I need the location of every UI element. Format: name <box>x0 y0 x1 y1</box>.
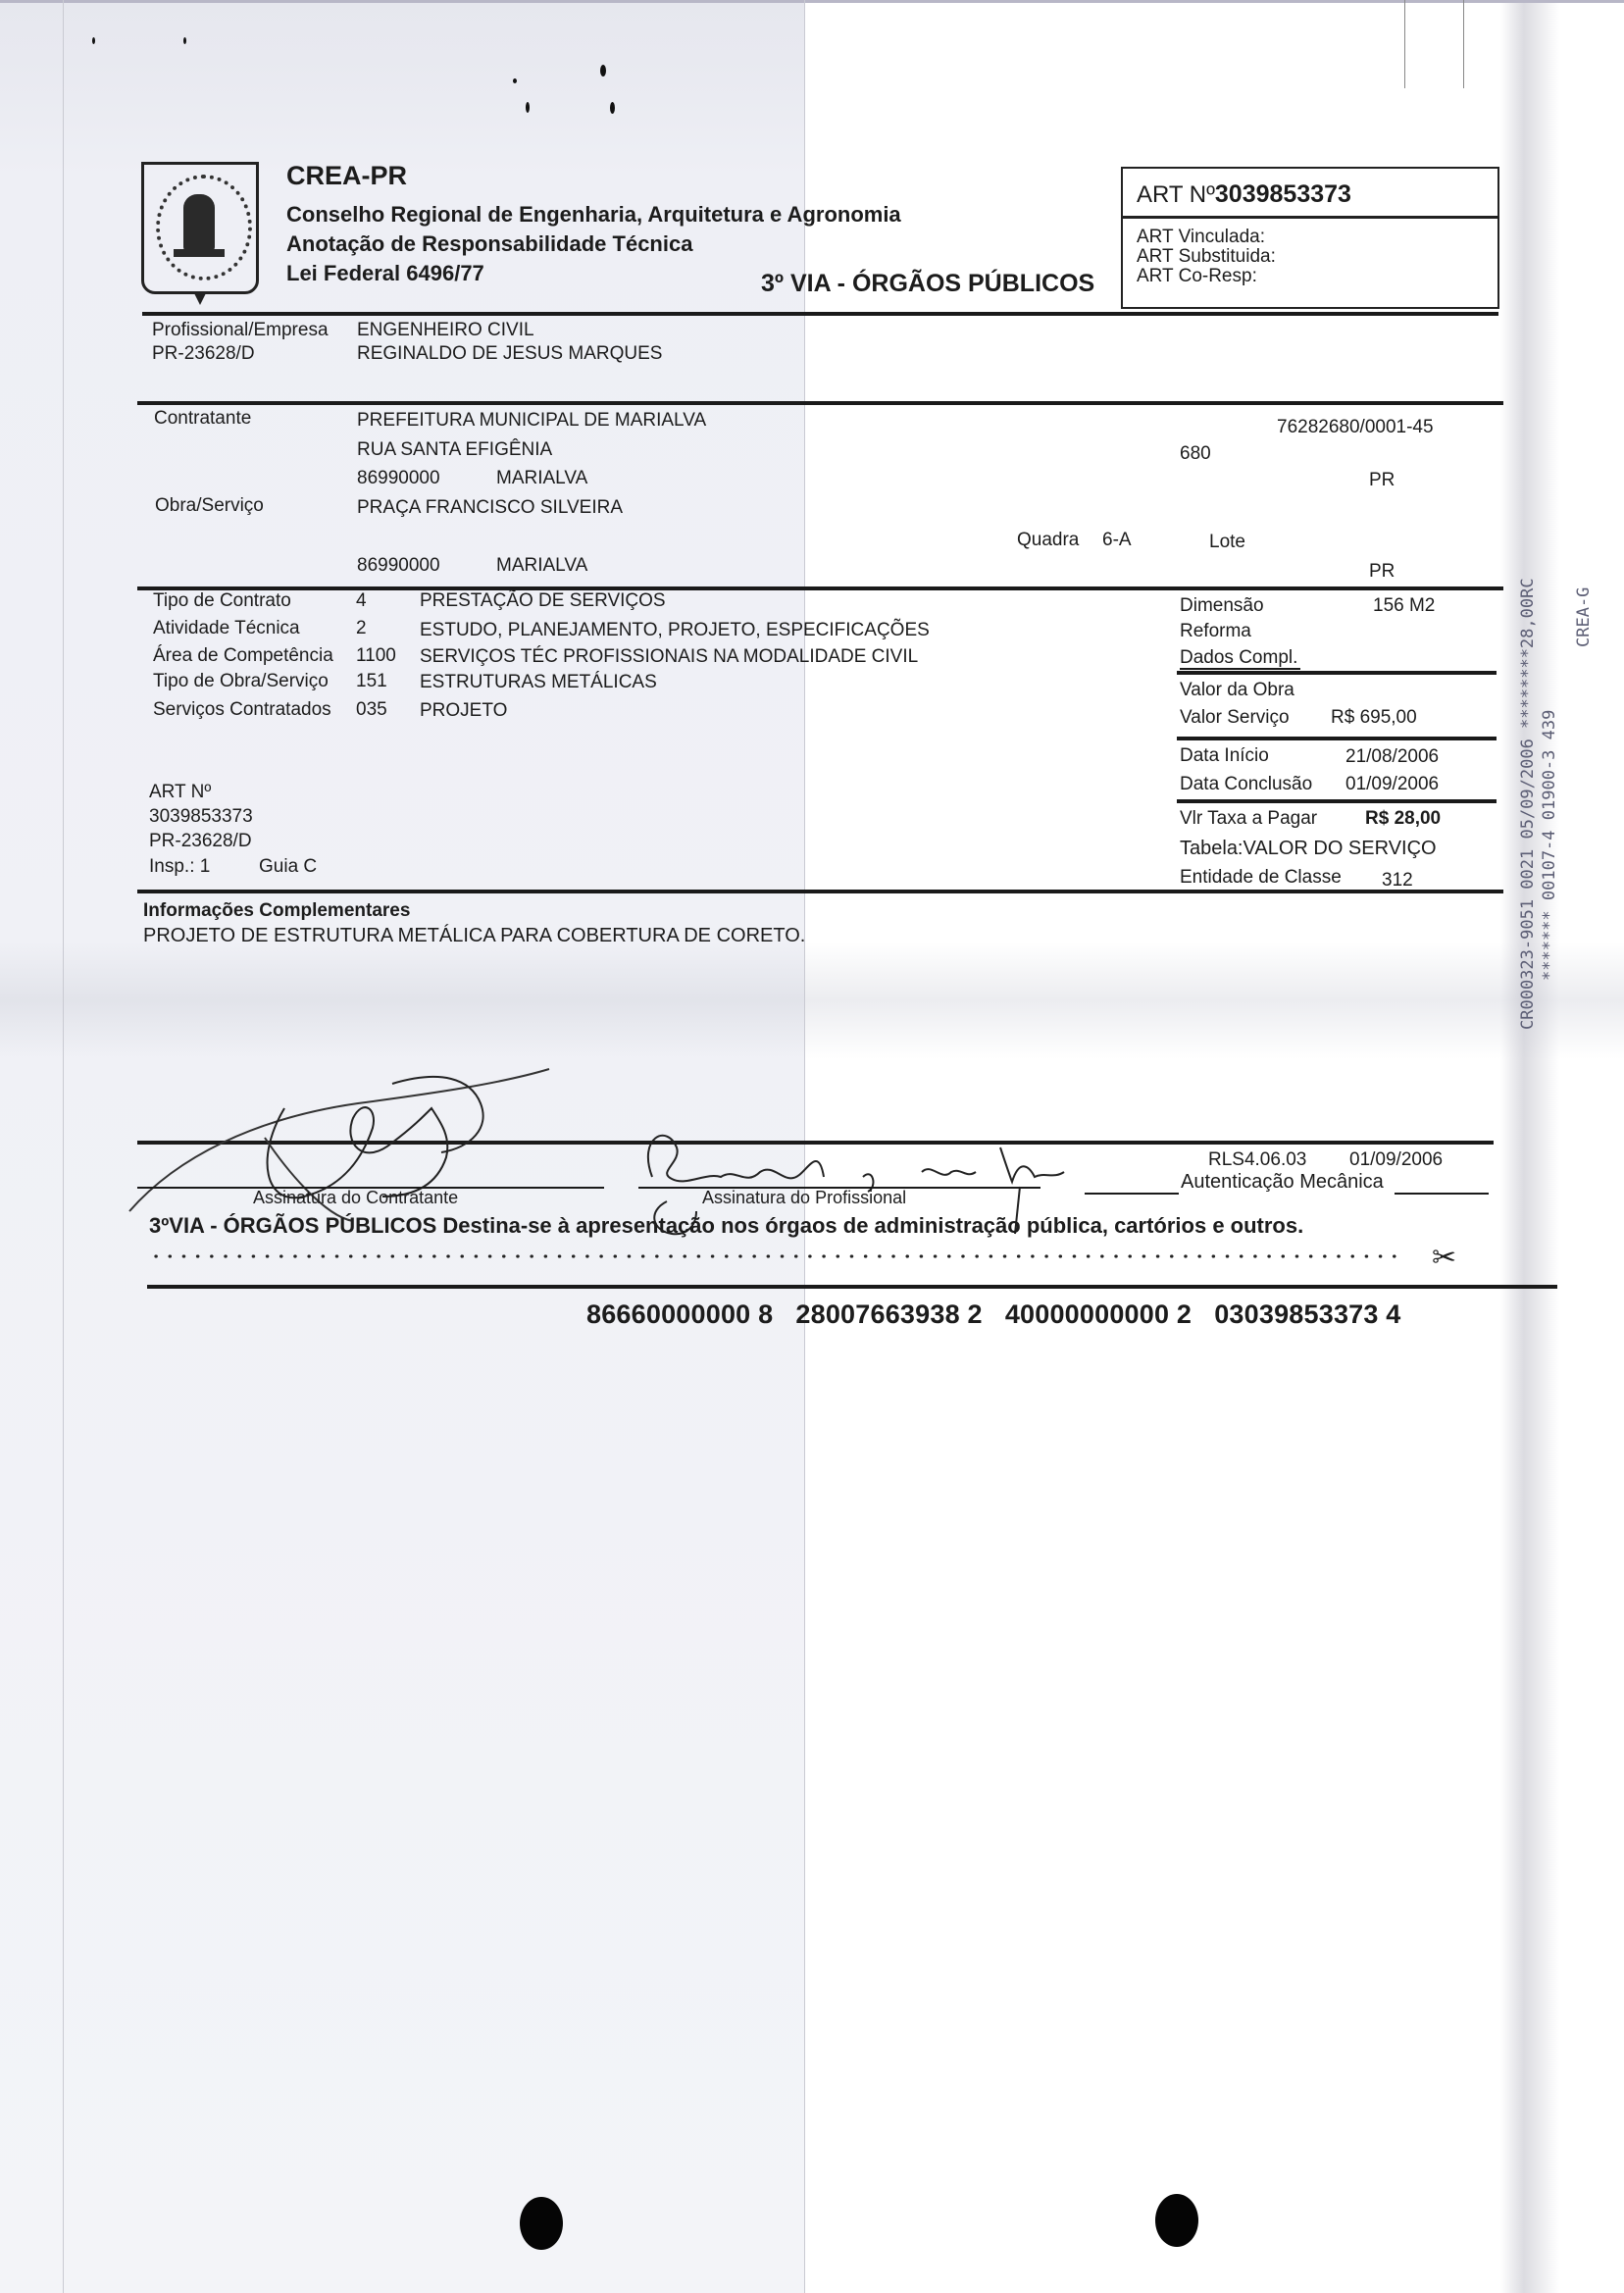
contratante-label: Contratante <box>154 408 251 430</box>
autenticacao-date: 01/09/2006 <box>1349 1149 1443 1171</box>
scan-line <box>63 0 64 2293</box>
classificacao-desc: ESTRUTURAS METÁLICAS <box>420 672 657 693</box>
classificacao-desc: ESTUDO, PLANEJAMENTO, PROJETO, ESPECIFIC… <box>420 620 930 641</box>
bank-stamp-line2: ******* 00107-4 01900-3 439 <box>1540 710 1559 981</box>
profissional-label: Profissional/Empresa <box>152 320 329 341</box>
classificacao-label: Atividade Técnica <box>153 618 300 639</box>
divider <box>137 401 1503 405</box>
taxa-label: Vlr Taxa a Pagar <box>1180 808 1317 830</box>
art-number: 3039853373 <box>1215 180 1351 208</box>
entidade-label: Entidade de Classe <box>1180 867 1342 889</box>
copy-label: 3º VIA - ÓRGÃOS PÚBLICOS <box>761 270 1094 298</box>
obra-quadra-label: Quadra <box>1017 530 1079 551</box>
entidade-value: 312 <box>1382 870 1413 892</box>
signature-line <box>1395 1193 1489 1195</box>
bank-stamp-line3: CREA-G <box>1574 587 1594 647</box>
dados-compl-label: Dados Compl. <box>1180 647 1297 669</box>
divider <box>137 890 1503 893</box>
classificacao-label: Tipo de Obra/Serviço <box>153 671 329 692</box>
contratante-numero: 680 <box>1180 443 1211 465</box>
law-reference: Lei Federal 6496/77 <box>286 261 484 286</box>
cut-line <box>149 1254 1404 1258</box>
valor-servico-label: Valor Serviço <box>1180 707 1290 729</box>
contratante-nome: PREFEITURA MUNICIPAL DE MARIALVA <box>357 410 706 432</box>
obra-endereco: PRAÇA FRANCISCO SILVEIRA <box>357 497 623 519</box>
document-type: Anotação de Responsabilidade Técnica <box>286 231 692 257</box>
info-compl-label: Informações Complementares <box>143 900 410 922</box>
art-number-box: ART Nº3039853373 ART Vinculada: ART Subs… <box>1121 167 1499 309</box>
scan-fold-shadow <box>0 942 1624 1059</box>
barcode-group: 03039853373 4 <box>1214 1299 1400 1329</box>
profissional-titulo: ENGENHEIRO CIVIL <box>357 320 534 341</box>
obra-label: Obra/Serviço <box>155 495 264 517</box>
classificacao-desc: PROJETO <box>420 700 507 722</box>
reforma-label: Reforma <box>1180 621 1251 642</box>
divider <box>142 312 1498 316</box>
classificacao-desc: PRESTAÇÃO DE SERVIÇOS <box>420 590 666 612</box>
contratante-cnpj: 76282680/0001-45 <box>1277 417 1434 438</box>
contratante-cep: 86990000 <box>357 468 440 489</box>
tabela-label: Tabela: <box>1180 838 1243 859</box>
classificacao-code: 035 <box>356 699 387 721</box>
profissional-registro: PR-23628/D <box>152 343 255 365</box>
barcode-group: 86660000000 8 <box>586 1299 773 1329</box>
valor-servico: R$ 695,00 <box>1331 707 1417 729</box>
info-compl-text: PROJETO DE ESTRUTURA METÁLICA PARA COBER… <box>143 925 805 946</box>
divider <box>1177 799 1497 803</box>
footer-via-label: 3ºVIA - ÓRGÃOS PÚBLICOS <box>149 1213 436 1238</box>
taxa-value: R$ 28,00 <box>1365 808 1441 830</box>
autenticacao-code: RLS4.06.03 <box>1208 1149 1306 1171</box>
bank-stamp-line1: CR000323-9051 0021 05/09/2006 ********28… <box>1518 578 1538 1030</box>
valor-obra-label: Valor da Obra <box>1180 680 1294 701</box>
dimensao-value: 156 M2 <box>1373 595 1435 617</box>
art-number-label: ART Nº <box>1137 181 1215 208</box>
crea-coat-of-arms-icon <box>141 162 259 294</box>
contratante-signature-label: Assinatura do Contratante <box>253 1187 458 1208</box>
autenticacao-label: Autenticação Mecânica <box>1181 1171 1384 1193</box>
art-coresp-label: ART Co-Resp: <box>1137 267 1276 286</box>
scan-line <box>1463 0 1464 88</box>
classificacao-desc: SERVIÇOS TÉC PROFISSIONAIS NA MODALIDADE… <box>420 646 918 668</box>
org-short-name: CREA-PR <box>286 161 407 191</box>
scan-edge-shadow <box>1500 0 1559 2293</box>
classificacao-label: Serviços Contratados <box>153 699 331 721</box>
tabela-row: Tabela:VALOR DO SERVIÇO <box>1180 838 1437 859</box>
classificacao-code: 1100 <box>356 645 396 667</box>
profissional-nome: REGINALDO DE JESUS MARQUES <box>357 343 662 365</box>
art-ref-registro: PR-23628/D <box>149 831 252 852</box>
scan-speck <box>600 65 606 76</box>
art-ref-number: 3039853373 <box>149 806 253 828</box>
footer-via-text: Destina-se à apresentação nos órgaos de … <box>442 1213 1303 1238</box>
footer-notice: 3ºVIA - ÓRGÃOS PÚBLICOS Destina-se à apr… <box>149 1213 1303 1239</box>
classificacao-label: Tipo de Contrato <box>153 590 291 612</box>
scan-speck <box>526 102 530 113</box>
obra-cidade: MARIALVA <box>496 555 587 577</box>
signature-line <box>1085 1193 1179 1195</box>
data-inicio: 21/08/2006 <box>1345 746 1439 768</box>
classificacao-code: 2 <box>356 618 367 639</box>
contratante-cidade: MARIALVA <box>496 468 587 489</box>
scan-speck <box>610 102 615 114</box>
divider <box>1177 737 1497 740</box>
profissional-signature-label: Assinatura do Profissional <box>702 1187 906 1208</box>
art-ref-label: ART Nº <box>149 782 211 803</box>
dimensao-label: Dimensão <box>1180 595 1264 617</box>
scan-speck <box>513 78 517 83</box>
barcode-digits: 86660000000 8 28007663938 2 40000000000 … <box>586 1299 1401 1330</box>
classificacao-code: 151 <box>356 671 387 692</box>
contratante-endereco: RUA SANTA EFIGÊNIA <box>357 439 552 461</box>
art-ref-guia: Guia C <box>259 856 317 878</box>
divider <box>137 586 1503 590</box>
punch-hole <box>520 2197 563 2250</box>
art-ref-insp: Insp.: 1 <box>149 856 210 878</box>
data-conclusao-label: Data Conclusão <box>1180 774 1312 795</box>
art-vinculada-label: ART Vinculada: <box>1137 228 1276 247</box>
obra-lote-label: Lote <box>1209 532 1245 553</box>
classificacao-label: Área de Competência <box>153 645 333 667</box>
barcode-group: 40000000000 2 <box>1005 1299 1192 1329</box>
data-conclusao: 01/09/2006 <box>1345 774 1439 795</box>
data-inicio-label: Data Início <box>1180 745 1269 767</box>
scan-speck <box>183 37 186 44</box>
contratante-uf: PR <box>1369 470 1395 491</box>
org-full-name: Conselho Regional de Engenharia, Arquite… <box>286 202 901 228</box>
scissors-icon: ✂ <box>1432 1244 1456 1273</box>
classificacao-code: 4 <box>356 590 367 612</box>
obra-uf: PR <box>1369 561 1395 583</box>
scan-top-edge <box>0 0 1624 3</box>
art-substituida-label: ART Substituida: <box>1137 247 1276 267</box>
barcode-group: 28007663938 2 <box>795 1299 982 1329</box>
divider <box>147 1285 1557 1289</box>
punch-hole <box>1155 2194 1198 2247</box>
divider <box>1177 671 1497 675</box>
scan-speck <box>92 37 95 44</box>
scan-line <box>1404 0 1405 88</box>
underline <box>1180 668 1300 670</box>
obra-cep: 86990000 <box>357 555 440 577</box>
tabela-value: VALOR DO SERVIÇO <box>1243 838 1437 859</box>
obra-quadra: 6-A <box>1102 530 1132 551</box>
